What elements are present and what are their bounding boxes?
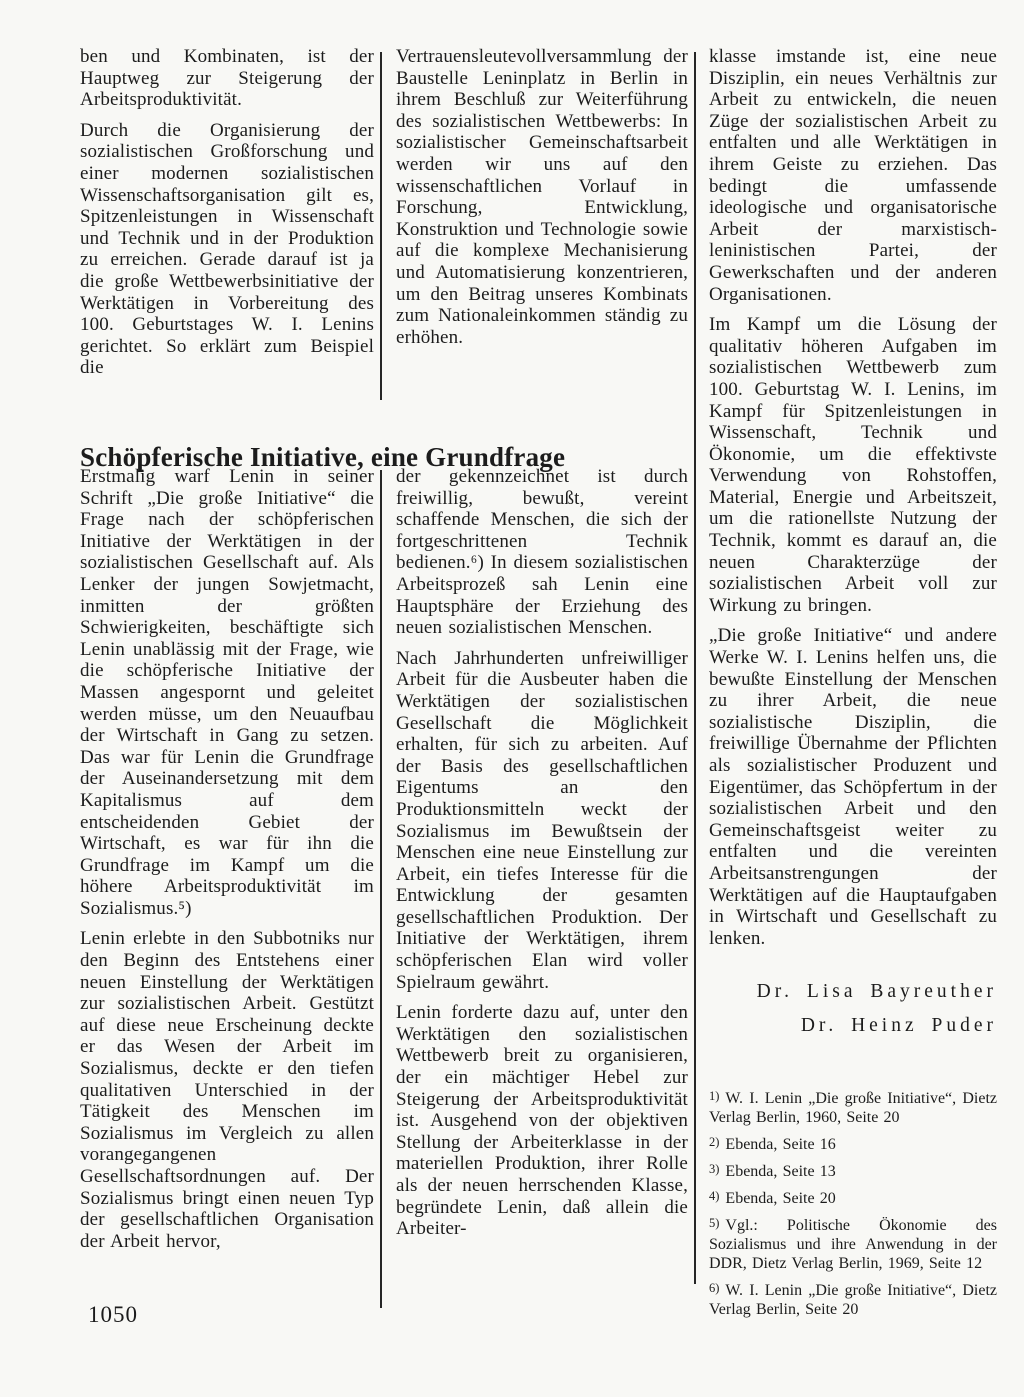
paragraph: klasse imstande ist, eine neue Disziplin… — [709, 46, 997, 305]
footnote-text: Ebenda, Seite 20 — [725, 1190, 835, 1207]
footnote-item: 3)Ebenda, Seite 13 — [709, 1160, 997, 1181]
page-number: 1050 — [88, 1302, 138, 1328]
footnote-block: 1)W. I. Lenin „Die große Initiative“, Di… — [709, 1087, 997, 1319]
column-divider — [380, 470, 382, 1308]
footnote-marker: 5) — [709, 1216, 719, 1230]
column-divider — [694, 52, 696, 1284]
footnote-item: 6)W. I. Lenin „Die große Initiative“, Di… — [709, 1279, 997, 1319]
paragraph: „Die große Initiative“ und andere Werke … — [709, 625, 997, 949]
footnote-marker: 3) — [709, 1162, 719, 1176]
paragraph: Durch die Organisierung der sozialistisc… — [80, 120, 374, 379]
column-divider — [380, 52, 382, 400]
footnote-marker: 2) — [709, 1135, 719, 1149]
column-1-main: Erstmalig warf Lenin in seiner Schrift „… — [80, 466, 374, 1252]
footnote-text: Ebenda, Seite 13 — [725, 1163, 835, 1180]
footnote-text: Vgl.: Politische Ökonomie des Sozialismu… — [709, 1217, 997, 1272]
footnote-item: 4)Ebenda, Seite 20 — [709, 1187, 997, 1208]
footnote-marker: 6) — [709, 1281, 719, 1295]
footnote-text: Ebenda, Seite 16 — [725, 1136, 835, 1153]
paragraph: Lenin forderte dazu auf, unter den Werkt… — [396, 1002, 688, 1240]
footnote-item: 2)Ebenda, Seite 16 — [709, 1133, 997, 1154]
column-2-main: der gekennzeichnet ist durch freiwillig,… — [396, 466, 688, 1240]
column-1-top: ben und Kombinaten, ist der Hauptweg zur… — [80, 46, 374, 379]
paragraph: Lenin erlebte in den Subbotniks nur den … — [80, 928, 374, 1252]
author-name: Dr. Lisa Bayreuther — [709, 975, 997, 1009]
magazine-page: ben und Kombinaten, ist der Hauptweg zur… — [0, 0, 1024, 1397]
author-block: Dr. Lisa Bayreuther Dr. Heinz Puder — [709, 975, 997, 1043]
paragraph: Erstmalig warf Lenin in seiner Schrift „… — [80, 466, 374, 919]
footnote-marker: 4) — [709, 1189, 719, 1203]
author-name: Dr. Heinz Puder — [709, 1009, 997, 1043]
footnote-item: 1)W. I. Lenin „Die große Initiative“, Di… — [709, 1087, 997, 1127]
footnote-marker: 1) — [709, 1089, 719, 1103]
paragraph: Nach Jahrhunderten unfreiwilliger Arbeit… — [396, 648, 688, 994]
paragraph: der gekennzeichnet ist durch freiwillig,… — [396, 466, 688, 639]
paragraph: Im Kampf um die Lösung der qualitativ hö… — [709, 314, 997, 616]
paragraph: Vertrauensleutevollversammlung der Baust… — [396, 46, 688, 348]
footnote-text: W. I. Lenin „Die große Initiative“, Diet… — [709, 1282, 997, 1318]
column-2-top: Vertrauensleutevollversammlung der Baust… — [396, 46, 688, 348]
paragraph: ben und Kombinaten, ist der Hauptweg zur… — [80, 46, 374, 111]
column-3: klasse imstande ist, eine neue Disziplin… — [709, 46, 997, 1325]
footnote-item: 5)Vgl.: Politische Ökonomie des Sozialis… — [709, 1214, 997, 1273]
footnote-text: W. I. Lenin „Die große Initiative“, Diet… — [709, 1090, 997, 1126]
